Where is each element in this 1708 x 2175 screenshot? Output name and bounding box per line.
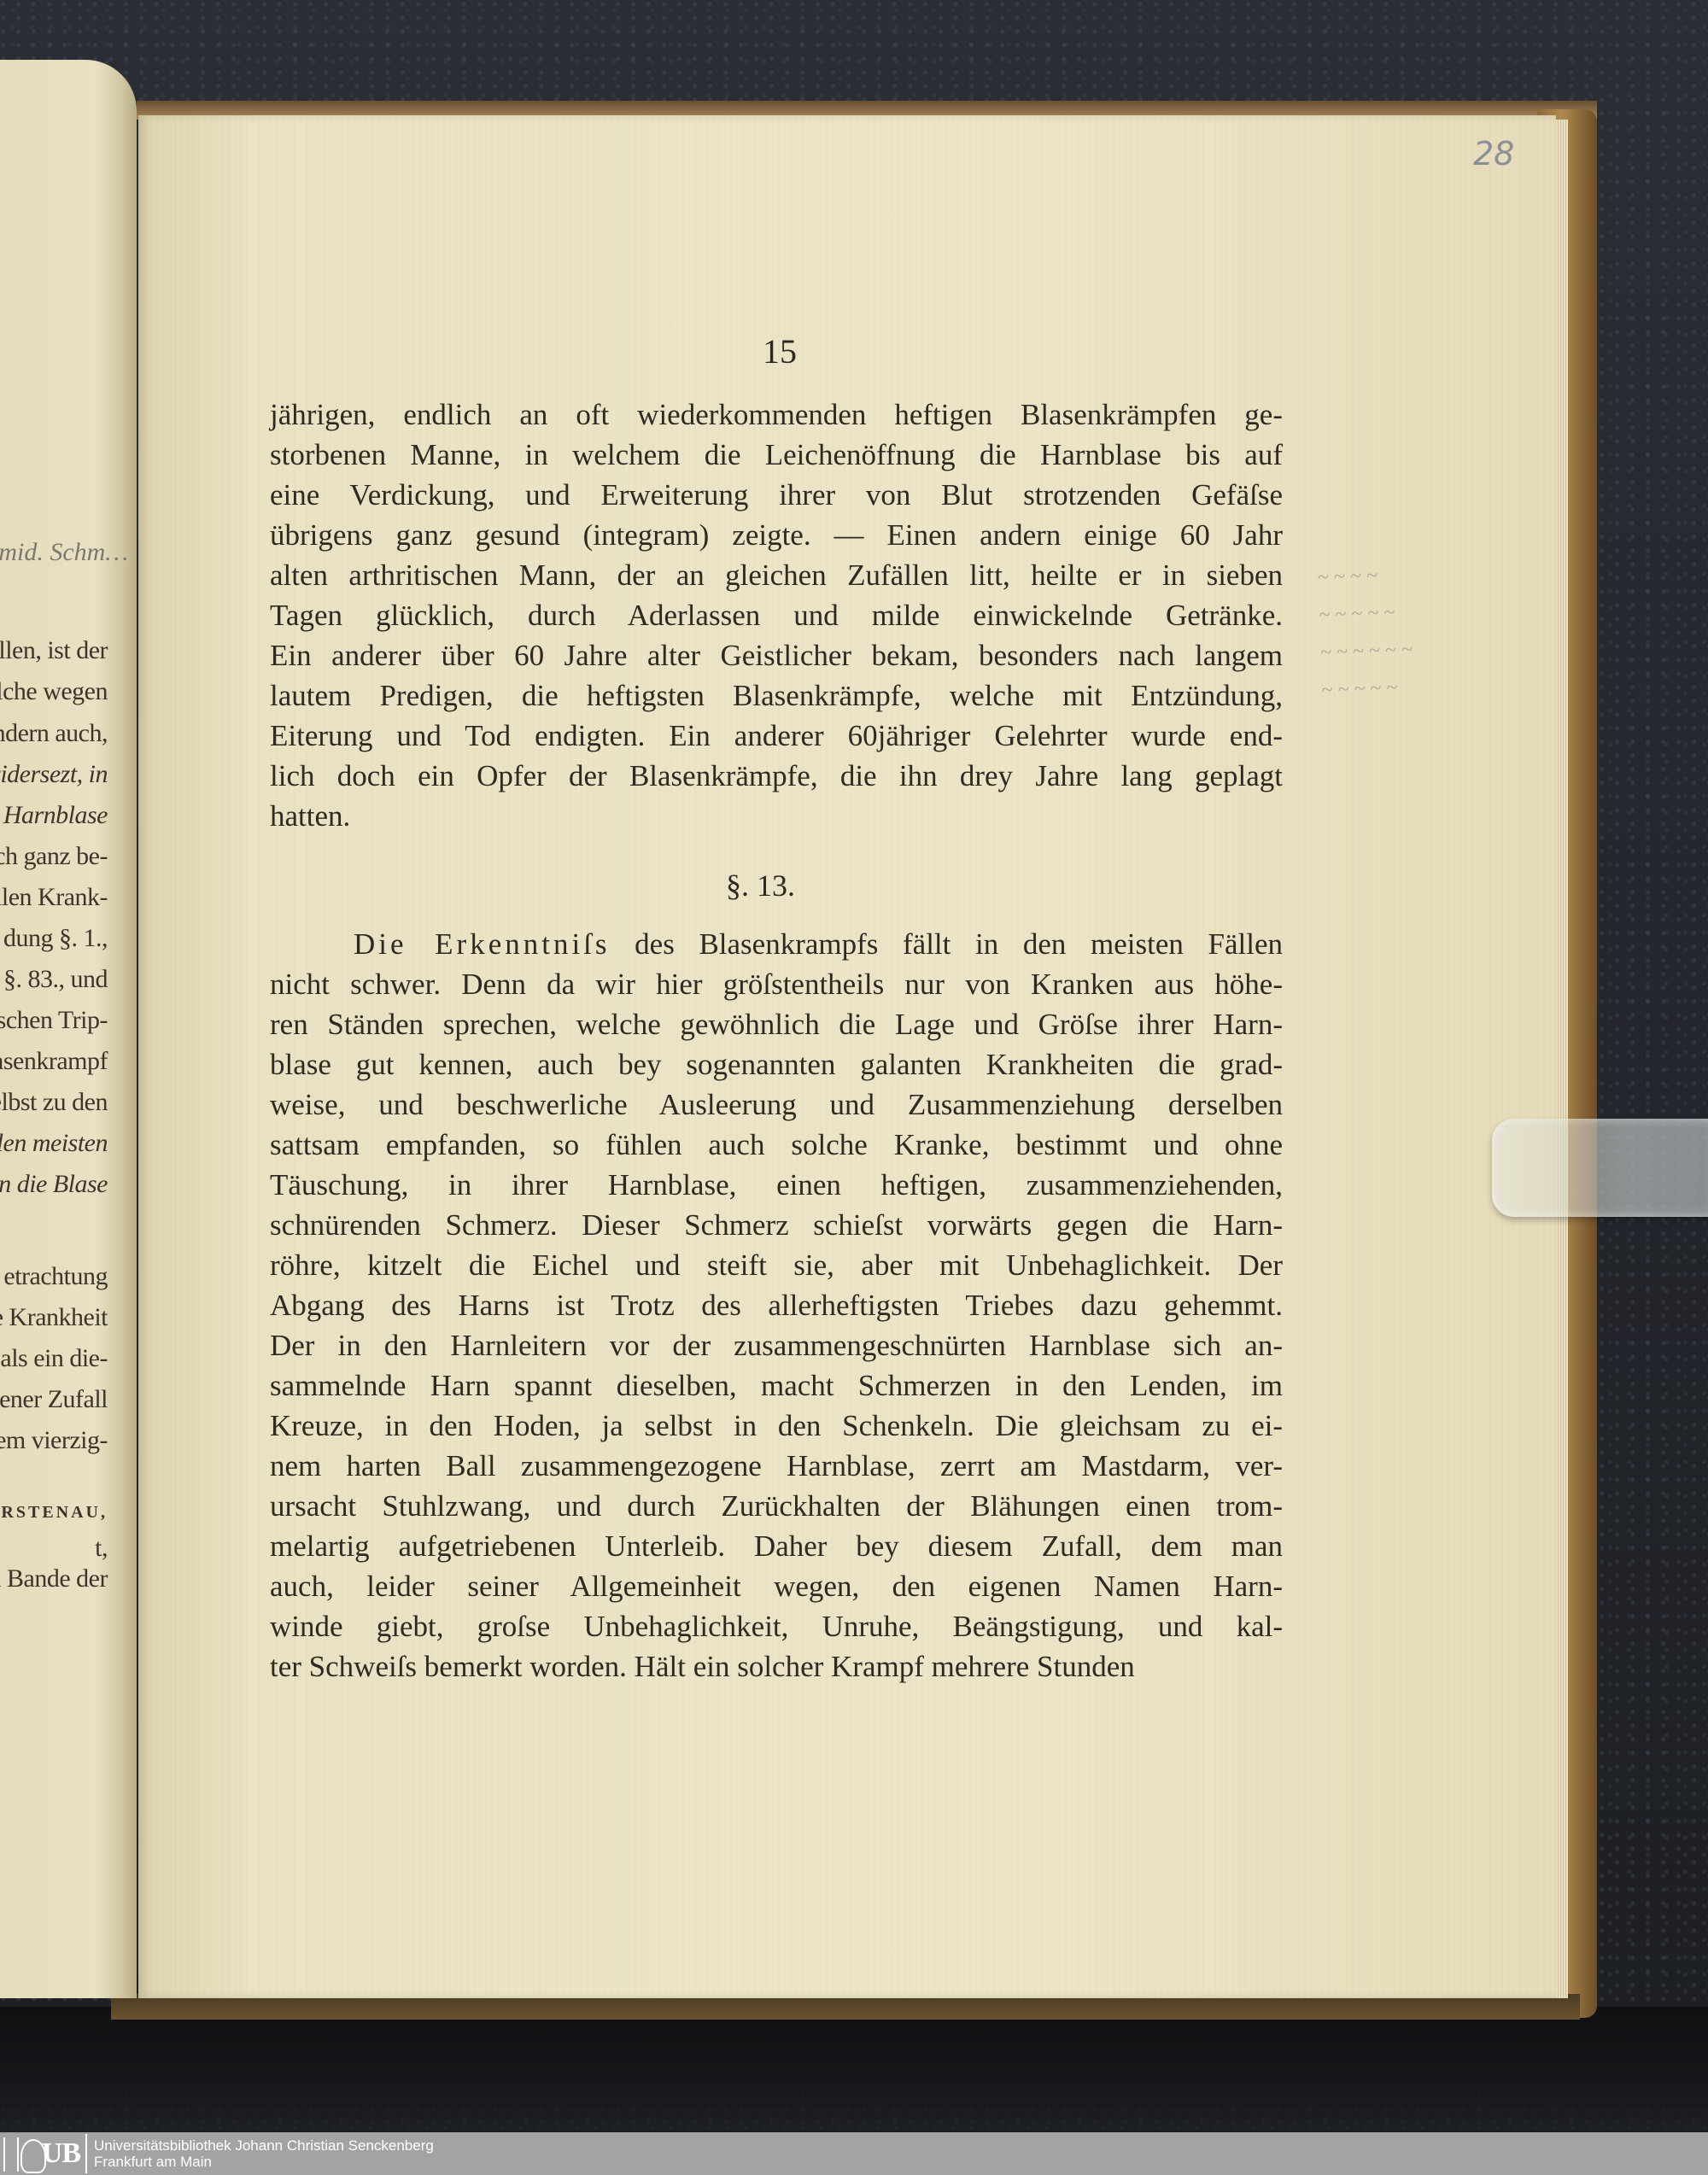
text-line: eine Verdickung, und Erweiterung ihrer v…	[270, 475, 1283, 515]
left-page-line: elbst zu den	[0, 1088, 108, 1117]
cover-shadow	[0, 2007, 1708, 2135]
left-page-line: t,	[95, 1534, 108, 1563]
left-page-handwritten-note: …es Schmid. Schm…	[0, 538, 128, 567]
text-line: blase gut kennen, auch bey sogenannten g…	[270, 1044, 1283, 1085]
text-line: Kreuze, in den Hoden, ja selbst in den S…	[270, 1406, 1283, 1446]
footer-bar: UB Universitätsbibliothek Johann Christi…	[0, 2132, 1708, 2175]
page-number: 15	[763, 331, 797, 371]
text-line: Eiterung und Tod endigten. Ein anderer 6…	[270, 716, 1283, 756]
left-page-line: em vierzig-	[0, 1426, 108, 1455]
text-line: ursacht Stuhlzwang, und durch Zurückhalt…	[270, 1486, 1283, 1526]
left-page-line: §. 83., und	[3, 965, 108, 994]
text-line: nem harten Ball zusammengezogene Harnbla…	[270, 1446, 1283, 1486]
institution-name: Universitätsbibliothek Johann Christian …	[94, 2137, 434, 2170]
ub-logo: UB	[2, 2134, 87, 2173]
text-line: nicht schwer. Denn da wir hier gröſstent…	[270, 964, 1283, 1004]
page-stack-edge	[1556, 120, 1568, 1998]
text-line: röhre, kitzelt die Eichel und steift sie…	[270, 1245, 1283, 1285]
left-page-line: ÜRSTENAU,	[0, 1503, 108, 1523]
text-line: melartig aufgetriebenen Unterleib. Daher…	[270, 1526, 1283, 1566]
emphasized-term: Die Erkenntniſs	[354, 927, 611, 961]
left-page-line: in die Blase	[0, 1170, 108, 1199]
text-line: sattsam empfanden, so fühlen auch solche…	[270, 1125, 1283, 1165]
text-line: winde giebt, groſse Unbehaglichkeit, Unr…	[270, 1606, 1283, 1646]
text-line: Tagen glücklich, durch Aderlassen und mi…	[270, 595, 1283, 635]
text-line: ren Ständen sprechen, welche gewöhnlich …	[270, 1004, 1283, 1044]
paragraph-continuation: jährigen, endlich an oft wiederkommenden…	[270, 395, 1283, 836]
text-line: Abgang des Harns ist Trotz des allerheft…	[270, 1285, 1283, 1325]
institution-line-1: Universitätsbibliothek Johann Christian …	[94, 2137, 434, 2154]
pillars-icon	[3, 2137, 19, 2172]
senckenberg-bust-icon	[20, 2139, 46, 2173]
text-line: Täuschung, in ihrer Harnblase, einen hef…	[270, 1165, 1283, 1205]
text-line: auch, leider seiner Allgemeinheit wegen,…	[270, 1566, 1283, 1606]
text-line: storbenen Manne, in welchem die Leichenö…	[270, 435, 1283, 475]
left-page-line: llen Krank-	[0, 883, 108, 912]
left-page-line: lie Harnblase	[0, 801, 108, 830]
text-line: Die Erkenntniſs des Blasenkrampfs fällt …	[270, 924, 1283, 964]
text-line: lich doch ein Opfer der Blasenkrämpfe, d…	[270, 756, 1283, 796]
text-line: weise, und beschwerliche Ausleerung und …	[270, 1085, 1283, 1125]
left-page-line: llen, ist der	[0, 636, 108, 665]
left-page-line: lasenkrampf	[0, 1047, 108, 1076]
left-page-line: als ein die-	[0, 1344, 108, 1373]
text-line: jährigen, endlich an oft wiederkommenden…	[270, 395, 1283, 435]
text-line: lautem Predigen, die heftigsten Blasenkr…	[270, 675, 1283, 716]
left-page-line: elche wegen	[0, 677, 108, 706]
marginalia-line: ~ ~ ~ ~ ~	[1321, 664, 1544, 709]
left-page-line: widersezt, in	[0, 760, 108, 789]
left-page-line: etrachtung	[3, 1262, 108, 1291]
left-page-line: ch ganz be-	[0, 842, 108, 871]
pencil-folio-number: 28	[1473, 135, 1514, 172]
section-heading: §. 13.	[726, 868, 795, 903]
pencil-marginalia: ~ ~ ~ ~~ ~ ~ ~ ~~ ~ ~ ~ ~ ~~ ~ ~ ~ ~	[1317, 552, 1544, 710]
left-page-line: len meisten	[0, 1129, 108, 1158]
text-line: hatten.	[270, 796, 1283, 836]
left-page-line: ener Zufall	[0, 1385, 108, 1414]
left-page-line: dung §. 1.,	[3, 924, 108, 953]
text-line: ter Schweiſs bemerkt worden. Hält ein so…	[270, 1646, 1283, 1687]
left-page-line: ondern auch,	[0, 719, 108, 748]
text-line: alten arthritischen Mann, der an gleiche…	[270, 555, 1283, 595]
left-page: …es Schmid. Schm… llen, ist derelche weg…	[0, 60, 137, 1998]
left-page-line: ten Bande der	[0, 1564, 108, 1593]
glass-page-weight	[1492, 1119, 1708, 1217]
text-line: übrigens ganz gesund (integram) zeigte. …	[270, 515, 1283, 555]
paragraph-section-13: Die Erkenntniſs des Blasenkrampfs fällt …	[270, 924, 1283, 1687]
left-page-line: e Krankheit	[0, 1303, 108, 1332]
ub-logo-text: UB	[42, 2137, 80, 2170]
left-page-line: schen Trip-	[0, 1006, 108, 1035]
text-line: schnürenden Schmerz. Dieser Schmerz schi…	[270, 1205, 1283, 1245]
text-line: Der in den Harnleitern vor der zusammeng…	[270, 1325, 1283, 1365]
institution-line-2: Frankfurt am Main	[94, 2154, 434, 2170]
text-line: sammelnde Harn spannt dieselben, macht S…	[270, 1365, 1283, 1406]
text-line: Ein anderer über 60 Jahre alter Geistlic…	[270, 635, 1283, 675]
